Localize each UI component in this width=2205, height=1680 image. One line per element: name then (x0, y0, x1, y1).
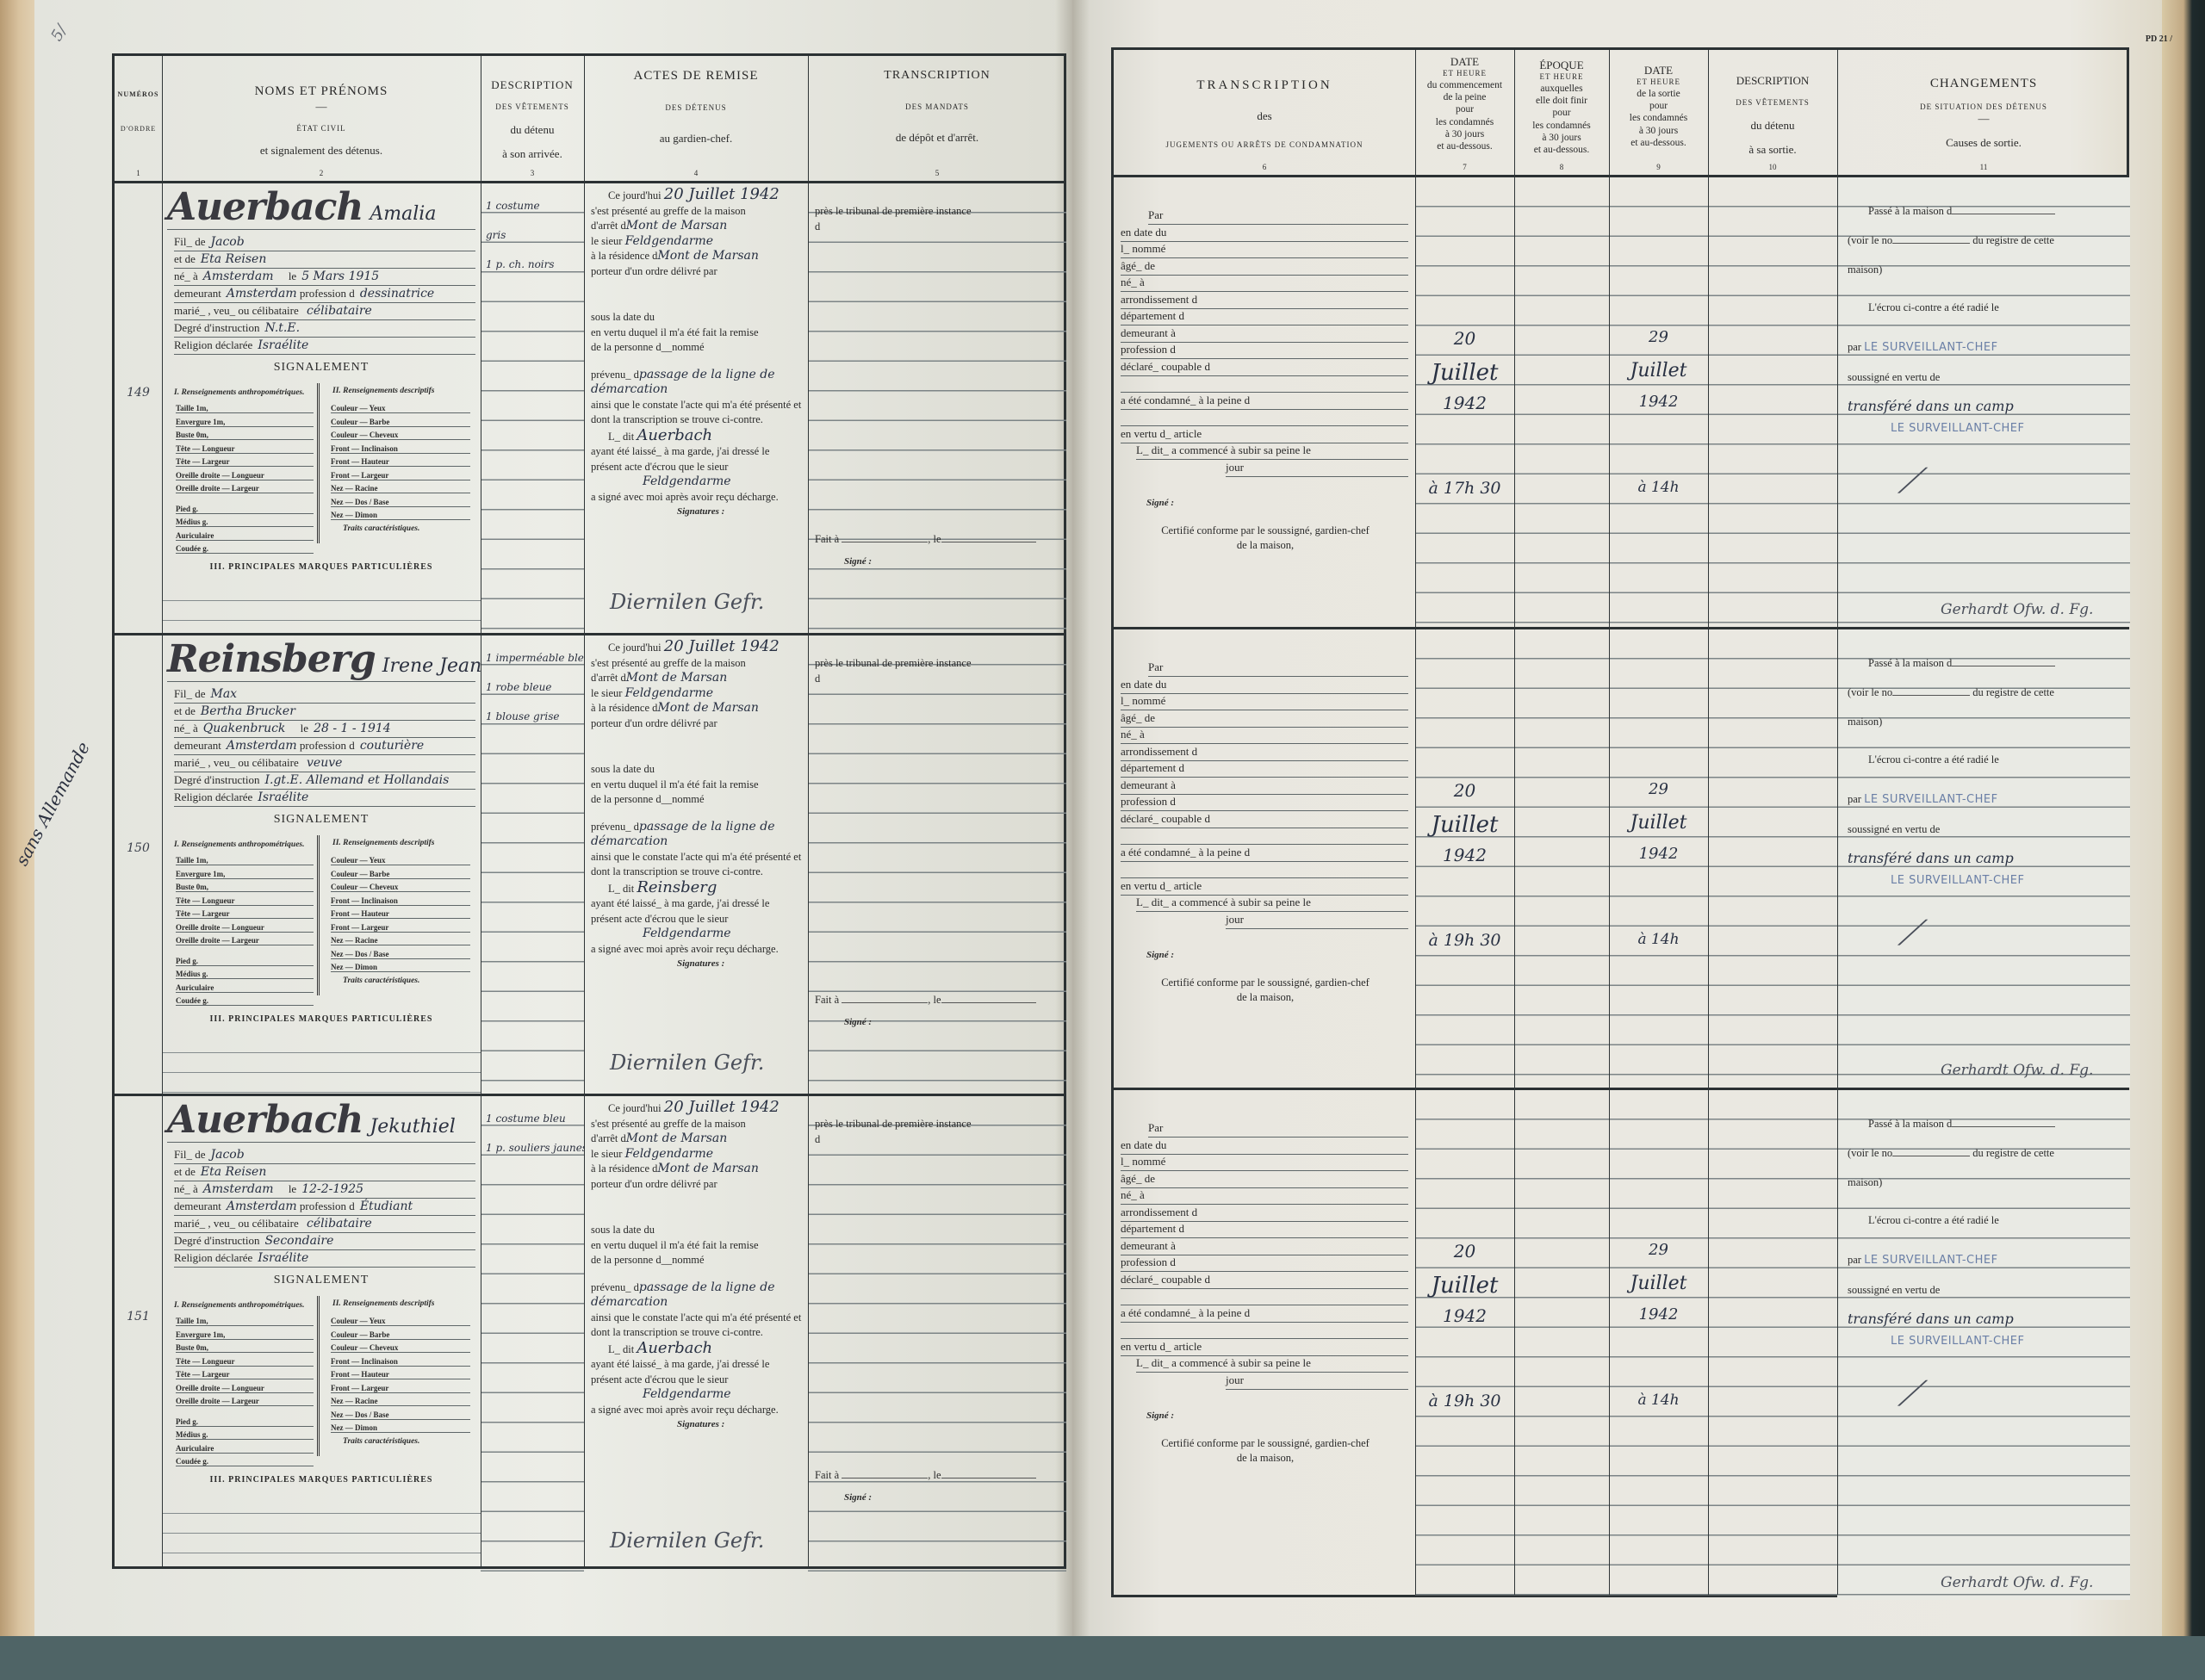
jugement-line: en vertu d_ article (1121, 1340, 1408, 1356)
marques-title: III. PRINCIPALES MARQUES PARTICULIÈRES (162, 1014, 481, 1024)
label: né_ à (174, 270, 198, 282)
register-entry-right: Paren date dul_ nomméâgé_ dené_ àarrondi… (1114, 177, 2127, 629)
label: profession d (300, 739, 355, 752)
jugement-line: déclaré_ coupable d (1121, 812, 1408, 828)
header-line: de la peine (1415, 91, 1514, 103)
descr-title: II. Renseignements descriptifs (332, 1299, 435, 1308)
birthplace: Amsterdam (203, 1182, 274, 1196)
label: Fil_ de (174, 687, 205, 700)
sortie-cell: 29 Juillet 1942 à 14h (1609, 177, 1708, 627)
header-sub: Causes de sortie. (1837, 136, 2130, 150)
debut-year: 1942 (1415, 845, 1514, 865)
anthro-row: Envergure 1m, (176, 418, 314, 427)
anthro-row: Buste 0m, (176, 431, 314, 440)
changements-cell: Passé à la maison d (voir le no du regis… (1837, 1090, 2130, 1600)
label: Religion déclarée (174, 338, 252, 351)
column-divider (1837, 50, 1838, 1595)
column-divider (1609, 50, 1610, 1595)
mandats-cell: près le tribunal de première instance d … (808, 635, 1066, 1094)
header-mandats: TRANSCRIPTION DES MANDATS de dépôt et d'… (808, 56, 1066, 183)
label: et de (174, 252, 196, 265)
clothing-item: 1 robe bleue (486, 675, 582, 704)
label: de la personne d__nommé (591, 1253, 803, 1268)
debut-hour: à 19h 30 (1415, 931, 1514, 950)
label: ainsi que le constate l'acte qui m'a été… (591, 1311, 803, 1341)
anthro-row: Oreille droite — Longueur (176, 1384, 314, 1393)
header-date-sortie: DATE ET HEUREde la sortiepourles condamn… (1609, 50, 1708, 177)
sortie-year: 1942 (1609, 393, 1708, 411)
religion: Israélite (258, 1251, 308, 1265)
profession: dessinatrice (360, 287, 434, 301)
etat-civil-cell: ReinsbergIrene Jeanette Fil_ deMax et de… (162, 635, 481, 1094)
label: d (815, 672, 1061, 687)
header-title: ÉPOQUE (1514, 59, 1609, 72)
mandats-cell: près le tribunal de première instance d … (808, 183, 1066, 633)
father-line: Fil_ deJacob (174, 1148, 475, 1164)
label: et de (174, 704, 196, 717)
name-line: AuerbachAmalia (167, 185, 475, 230)
header-line: les condamnés (1609, 112, 1708, 124)
jugement-line: arrondissement d (1121, 745, 1408, 761)
jugement-line: âgé_ de (1121, 259, 1408, 276)
label: d (815, 1132, 1061, 1148)
jugement-line: né_ à (1121, 1188, 1408, 1205)
jugement-line: Par (1148, 208, 1408, 225)
label: maison) (1848, 255, 2125, 284)
instruction-line: Degré d'instructionN.t.E. (174, 321, 475, 338)
debut-peine-cell: 20 Juillet 1942 à 19h 30 (1415, 1090, 1514, 1600)
label: L'écrou ci-contre a été radié le (1848, 745, 2125, 774)
vetements-sortie-cell (1708, 1090, 1837, 1600)
label: ayant été laissé_ à ma garde, j'ai dress… (591, 1357, 803, 1387)
fait-line: Fait à , le Signé : (815, 993, 1061, 1030)
given-names: Irene Jeanette (382, 655, 481, 677)
label: , le (928, 533, 941, 545)
label: né_ à (174, 722, 198, 735)
vetements-list: 1 costume bleu1 p. souliers jaunes (486, 1107, 582, 1165)
entry-number: 151 (115, 1310, 162, 1324)
header-sub: JUGEMENTS OU ARRÊTS DE CONDAMNATION (1114, 140, 1415, 150)
descr-row: Nez — Racine (331, 484, 470, 493)
officer-signature: Gerhardt Ofw. d. Fg. (1941, 1574, 2093, 1591)
jugement-line: l_ nommé (1121, 1155, 1408, 1171)
label: du registre de cette (1972, 1147, 2054, 1159)
label: en vertu duquel il m'a été fait la remis… (591, 325, 803, 341)
mandats-cell: près le tribunal de première instance d … (808, 1096, 1066, 1572)
label: le (289, 1182, 296, 1195)
header-sub: à sa sortie. (1708, 143, 1837, 157)
signalement-divider (317, 1296, 320, 1456)
birth-line: né_ àAmsterdam le12-2-1925 (174, 1182, 475, 1199)
label: ainsi que le constate l'acte qui m'a été… (591, 398, 803, 428)
instruction: I.gt.E. Allemand et Hollandais (264, 773, 449, 787)
jugement-line: déclaré_ coupable d (1121, 360, 1408, 376)
religion: Israélite (258, 790, 308, 804)
header-sub: du détenu (1708, 119, 1837, 133)
arret-place: Mont de Marsan (626, 1131, 727, 1145)
descr-row: Couleur — Barbe (331, 1330, 470, 1340)
label: Degré d'instruction (174, 773, 259, 786)
numero-cell: 149 (115, 183, 162, 633)
column-divider (1708, 50, 1709, 1595)
jugement-line: arrondissement d (1121, 1206, 1408, 1222)
jugement-line: département d (1121, 309, 1408, 325)
descr-row: Front — Hauteur (331, 457, 470, 467)
residence: Amsterdam (227, 739, 297, 753)
instruction-line: Degré d'instructionI.gt.E. Allemand et H… (174, 773, 475, 790)
sieur-signature-name: Feldgendarme (643, 1387, 731, 1401)
jugement-line: L_ dit_ a commencé à subir sa peine le (1136, 443, 1408, 460)
descr-row: Front — Inclinaison (331, 444, 470, 454)
instruction: Secondaire (264, 1234, 333, 1248)
header-title: NUMÉROS (115, 90, 162, 99)
anthro-row: Oreille droite — Largeur (176, 484, 314, 493)
jugement-line: déclaré_ coupable d (1121, 1273, 1408, 1289)
header-numeros: NUMÉROS D'ORDRE 1 (115, 56, 162, 183)
jugement-line: né_ à (1121, 728, 1408, 744)
column-divider (1415, 50, 1416, 1595)
label: sous la date du (591, 310, 803, 325)
jugement-line: a été condamné_ à la peine d (1121, 394, 1408, 410)
label: maison) (1848, 1168, 2125, 1197)
mandat-paragraph: près le tribunal de première instance d (815, 204, 1061, 234)
debut-hour: à 19h 30 (1415, 1392, 1514, 1410)
given-names: Jekuthiel (370, 1116, 455, 1138)
anthro-row: Pied g. (176, 957, 314, 966)
label: sous la date du (591, 1223, 803, 1238)
jugement-cell: Paren date dul_ nomméâgé_ dené_ àarrondi… (1114, 177, 1415, 627)
header-actes: ACTES DE REMISE DES DÉTENUS au gardien-c… (584, 56, 808, 183)
residence-place: Mont de Marsan (657, 249, 758, 263)
clothing-item: 1 p. ch. noirs (486, 252, 582, 282)
descr-row: Front — Largeur (331, 1384, 470, 1393)
header-sub: du détenu (481, 123, 584, 137)
label: Ce jourd'hui (608, 189, 661, 201)
label: en vertu duquel il m'a été fait la remis… (591, 1238, 803, 1254)
mother-name: Bertha Brucker (201, 704, 295, 718)
descr-row: Couleur — Barbe (331, 418, 470, 427)
jugement-line: profession d (1121, 343, 1408, 359)
changement-paragraph: Passé à la maison d (voir le no du regis… (1844, 1109, 2125, 1356)
label: Signé : (1121, 496, 1410, 511)
descr-row: Front — Largeur (331, 471, 470, 480)
descr-row: Nez — Racine (331, 1397, 470, 1406)
label: et de (174, 1165, 196, 1178)
label: demeurant (174, 739, 221, 752)
name-line: AuerbachJekuthiel (167, 1098, 475, 1143)
label: Signatures : (591, 505, 803, 520)
label: le (301, 722, 308, 735)
etat-civil-cell: AuerbachAmalia Fil_ deJacob et deEta Rei… (162, 183, 481, 633)
anthro-row: Buste 0m, (176, 883, 314, 892)
label: de la personne d__nommé (591, 792, 803, 808)
header-line: les condamnés (1415, 116, 1514, 128)
jugement-cell: Paren date dul_ nomméâgé_ dené_ àarrondi… (1114, 1090, 1415, 1600)
sortie-hour: à 14h (1609, 931, 1708, 948)
surveillant-stamp: LE SURVEILLANT-CHEF (1864, 793, 1998, 806)
marital-status: célibataire (307, 1217, 372, 1231)
left-register-table: NUMÉROS D'ORDRE 1 NOMS ET PRÉNOMS — ÉTAT… (112, 53, 1066, 1569)
label: par (1848, 341, 1861, 353)
descr-row: Couleur — Cheveux (331, 883, 470, 892)
jugement-line: jour (1226, 461, 1408, 477)
column-divider (584, 56, 585, 1566)
anthro-row: Tête — Longueur (176, 1357, 314, 1367)
jugement-line (1121, 862, 1408, 878)
label: Signé : (815, 1015, 1061, 1031)
jugement-line: âgé_ de (1121, 1172, 1408, 1188)
header-sub: DES VÊTEMENTS (481, 102, 584, 112)
epoque-cell (1514, 629, 1609, 1088)
sortie-day: 29 (1609, 780, 1708, 798)
header-sub: DE SITUATION DES DÉTENUS (1837, 102, 2130, 112)
label: Degré d'instruction (174, 1234, 259, 1247)
jugement-cell: Paren date dul_ nomméâgé_ dené_ àarrondi… (1114, 629, 1415, 1088)
acte-date: 20 Juillet 1942 (664, 185, 780, 203)
header-title: TRANSCRIPTION (1114, 77, 1415, 94)
mandat-paragraph: près le tribunal de première instance d (815, 656, 1061, 686)
debut-month: Juillet (1415, 360, 1514, 386)
descr-row: Couleur — Yeux (331, 856, 470, 865)
header-line: ET HEURE (1415, 69, 1514, 78)
label: par (1848, 1254, 1861, 1266)
label: le sieur (591, 687, 622, 699)
label: du registre de cette (1972, 686, 2054, 698)
marital-line: marié_ , veu_ ou célibataire célibataire (174, 1217, 475, 1233)
anthro-row: Tête — Largeur (176, 1370, 314, 1379)
label: porteur d'un ordre délivré par (591, 264, 803, 280)
acte-paragraph: Ce jourd'hui 20 Juillet 1942 s'est prése… (591, 639, 803, 972)
instruction: N.t.E. (264, 321, 300, 335)
vetements-list: 1 costumegris1 p. ch. noirs (486, 194, 582, 282)
clothing-item: 1 costume (486, 194, 582, 223)
label: soussigné en vertu de (1848, 1275, 2125, 1305)
jugement-line: jour (1226, 913, 1408, 929)
jugement-line: né_ à (1121, 276, 1408, 292)
header-epoque: ÉPOQUE ET HEUREauxquelleselle doit finir… (1514, 50, 1609, 177)
label: Fil_ de (174, 235, 205, 248)
anthro-row: Médius g. (176, 1430, 314, 1440)
descr-row: Nez — Dimon (331, 963, 470, 972)
descr-row: Nez — Dimon (331, 511, 470, 520)
sortie-day: 29 (1609, 1241, 1708, 1259)
descr-row: Front — Inclinaison (331, 1357, 470, 1367)
debut-year: 1942 (1415, 393, 1514, 413)
religion-line: Religion déclaréeIsraélite (174, 338, 475, 355)
anthro-title: I. Renseignements anthropométriques. (174, 1301, 305, 1310)
jugement-line: en date du (1121, 1138, 1408, 1155)
vetements-sortie-cell (1708, 177, 1837, 627)
surname: Auerbach (167, 185, 363, 229)
jugement-line: demeurant à (1121, 1239, 1408, 1255)
residence-line: demeurantAmsterdam profession ddessinatr… (174, 287, 475, 303)
acte-remise-cell: Ce jourd'hui 20 Juillet 1942 s'est prése… (584, 635, 808, 1094)
label: L'écrou ci-contre a été radié le (1848, 293, 2125, 322)
label: Fait à (815, 994, 839, 1006)
label: Certifié conforme par le soussigné, gard… (1121, 524, 1410, 554)
header-dash: — (162, 100, 481, 114)
header-dash: — (1837, 112, 2130, 126)
jugement-signature: Signé : Certifié conforme par le soussig… (1121, 948, 1410, 1006)
anthro-title: I. Renseignements anthropométriques. (174, 388, 305, 397)
header-lines: ET HEUREauxquelleselle doit finirpourles… (1514, 72, 1609, 157)
header-line: pour (1609, 100, 1708, 112)
header-line: et au-dessous. (1514, 144, 1609, 156)
label: L_ dit (608, 431, 634, 443)
fait-line: Fait à , le Signé : (815, 532, 1061, 569)
label: du registre de cette (1972, 234, 2054, 246)
mother-line: et deBertha Brucker (174, 704, 475, 721)
label: Signé : (815, 1491, 1061, 1506)
epoque-cell (1514, 1090, 1609, 1600)
arret-place: Mont de Marsan (626, 219, 727, 232)
signalement-divider (317, 835, 320, 995)
descr-row: Nez — Dimon (331, 1423, 470, 1433)
label: en vertu duquel il m'a été fait la remis… (591, 778, 803, 793)
label: Religion déclarée (174, 1251, 252, 1264)
anthro-row: Tête — Longueur (176, 896, 314, 906)
label: Certifié conforme par le soussigné, gard… (1121, 1436, 1410, 1466)
traits-label: Traits caractéristiques. (343, 976, 419, 985)
changement-paragraph: Passé à la maison d (voir le no du regis… (1844, 196, 2125, 443)
signalement-title: SIGNALEMENT (162, 361, 481, 375)
father-name: Max (210, 687, 237, 701)
entry-number: 149 (115, 386, 162, 400)
header-sub: de dépôt et d'arrêt. (808, 131, 1066, 145)
header-number: 7 (1415, 163, 1514, 172)
acte-remise-cell: Ce jourd'hui 20 Juillet 1942 s'est prése… (584, 1096, 808, 1572)
vetements-arrivee-cell: 1 costume bleu1 p. souliers jaunes (481, 1096, 584, 1572)
header-line: et au-dessous. (1415, 140, 1514, 152)
sieur-signature-name: Feldgendarme (643, 474, 731, 488)
label: demeurant (174, 1200, 221, 1212)
header-number: 4 (584, 169, 808, 178)
anthro-row: Pied g. (176, 505, 314, 514)
vetements-sortie-cell (1708, 629, 1837, 1088)
header-line: de la sortie (1609, 88, 1708, 100)
header-sub: DES VÊTEMENTS (1708, 98, 1837, 108)
descr-title: II. Renseignements descriptifs (332, 387, 435, 395)
header-title: NOMS ET PRÉNOMS (162, 84, 481, 100)
header-number: 1 (115, 169, 162, 178)
debut-year: 1942 (1415, 1305, 1514, 1326)
marques-lines (162, 1494, 481, 1572)
label: à la résidence d (591, 702, 657, 714)
page-tag: PD 21 / (2146, 34, 2172, 44)
birthdate: 12-2-1925 (301, 1182, 363, 1196)
header-line: les condamnés (1514, 120, 1609, 132)
label: demeurant (174, 287, 221, 300)
debut-month: Juillet (1415, 1273, 1514, 1299)
sortie-hour: à 14h (1609, 479, 1708, 496)
mother-line: et deEta Reisen (174, 1165, 475, 1181)
birthplace: Amsterdam (203, 270, 274, 283)
residence: Amsterdam (227, 1200, 297, 1213)
header-title: ACTES DE REMISE (584, 68, 808, 84)
label: , le (928, 994, 941, 1006)
mother-name: Eta Reisen (201, 1165, 266, 1179)
header-number: 6 (1114, 163, 1415, 172)
label: prévenu_ d (591, 369, 639, 381)
label: près le tribunal de première instance (815, 1117, 1061, 1132)
label: à la résidence d (591, 250, 657, 262)
label: Ce jourd'hui (608, 642, 661, 654)
header-number: 8 (1514, 163, 1609, 172)
header-line: ET HEURE (1514, 72, 1609, 82)
label: soussigné en vertu de (1848, 363, 2125, 392)
debut-peine-cell: 20 Juillet 1942 à 19h 30 (1415, 629, 1514, 1088)
gendarme-signature: Diernilen Gefr. (610, 1051, 764, 1075)
changements-cell: Passé à la maison d (voir le no du regis… (1837, 629, 2130, 1088)
birth-line: né_ àQuakenbruck le28 - 1 - 1914 (174, 722, 475, 738)
header-number: 2 (162, 169, 481, 178)
right-header-row: TRANSCRIPTION des JUGEMENTS OU ARRÊTS DE… (1114, 50, 2127, 177)
column-divider (1514, 50, 1515, 1595)
debut-month: Juillet (1415, 812, 1514, 838)
traits-label: Traits caractéristiques. (343, 524, 419, 533)
surname: Reinsberg (167, 637, 376, 681)
label: (voir le no (1848, 1147, 1892, 1159)
label: , le (928, 1469, 941, 1481)
label: d (815, 220, 1061, 235)
jugement-line (1121, 828, 1408, 845)
anthro-row: Oreille droite — Largeur (176, 1397, 314, 1406)
epoque-cell (1514, 177, 1609, 627)
label: le sieur (591, 1148, 622, 1160)
header-number: 11 (1837, 163, 2130, 172)
jugement-signature: Signé : Certifié conforme par le soussig… (1121, 496, 1410, 554)
label: ainsi que le constate l'acte qui m'a été… (591, 850, 803, 880)
residence: Amsterdam (227, 287, 297, 301)
surveillant-stamp: LE SURVEILLANT-CHEF (1864, 341, 1998, 354)
mother-line: et deEta Reisen (174, 252, 475, 269)
label: L'écrou ci-contre a été radié le (1848, 1206, 2125, 1235)
marital-line: marié_ , veu_ ou célibataire célibataire (174, 304, 475, 320)
marques-title: III. PRINCIPALES MARQUES PARTICULIÈRES (162, 1475, 481, 1485)
label: Degré d'instruction (174, 321, 259, 334)
clothing-item: 1 p. souliers jaunes (486, 1136, 582, 1165)
numero-cell: 150 (115, 635, 162, 1094)
label: d'arrêt d (591, 220, 626, 232)
acte-date: 20 Juillet 1942 (664, 1098, 780, 1116)
descr-row: Front — Hauteur (331, 909, 470, 919)
initial-signature: ⟋ (1898, 1374, 1922, 1414)
residence-place: Mont de Marsan (657, 701, 758, 715)
birthdate: 28 - 1 - 1914 (314, 722, 391, 735)
label: Passé à la maison d (1868, 657, 1952, 669)
numero-cell: 151 (115, 1096, 162, 1572)
header-line: ET HEURE (1609, 77, 1708, 87)
jugement-line: L_ dit_ a commencé à subir sa peine le (1136, 896, 1408, 912)
anthro-row: Taille 1m, (176, 1317, 314, 1326)
jugement-line: âgé_ de (1121, 711, 1408, 728)
descr-row: Front — Inclinaison (331, 896, 470, 906)
detainee-name: Auerbach (637, 1339, 712, 1357)
anthro-row: Coudée g. (176, 996, 314, 1006)
label: maison) (1848, 707, 2125, 736)
label: (voir le no (1848, 234, 1892, 246)
header-lines: ET HEUREde la sortiepourles condamnésà 3… (1609, 77, 1708, 149)
name-line: ReinsbergIrene Jeanette (167, 637, 475, 682)
jugement-line: L_ dit_ a commencé à subir sa peine le (1136, 1356, 1408, 1373)
anthro-row: Tête — Largeur (176, 909, 314, 919)
header-sub: ÉTAT CIVIL (162, 124, 481, 133)
label: Religion déclarée (174, 790, 252, 803)
jugement-signature: Signé : Certifié conforme par le soussig… (1121, 1409, 1410, 1466)
label: marié_ , veu_ ou célibataire (174, 756, 299, 769)
jugement-line: en date du (1121, 678, 1408, 694)
register-entry-left: 149 AuerbachAmalia Fil_ deJacob et deEta… (115, 183, 1064, 635)
